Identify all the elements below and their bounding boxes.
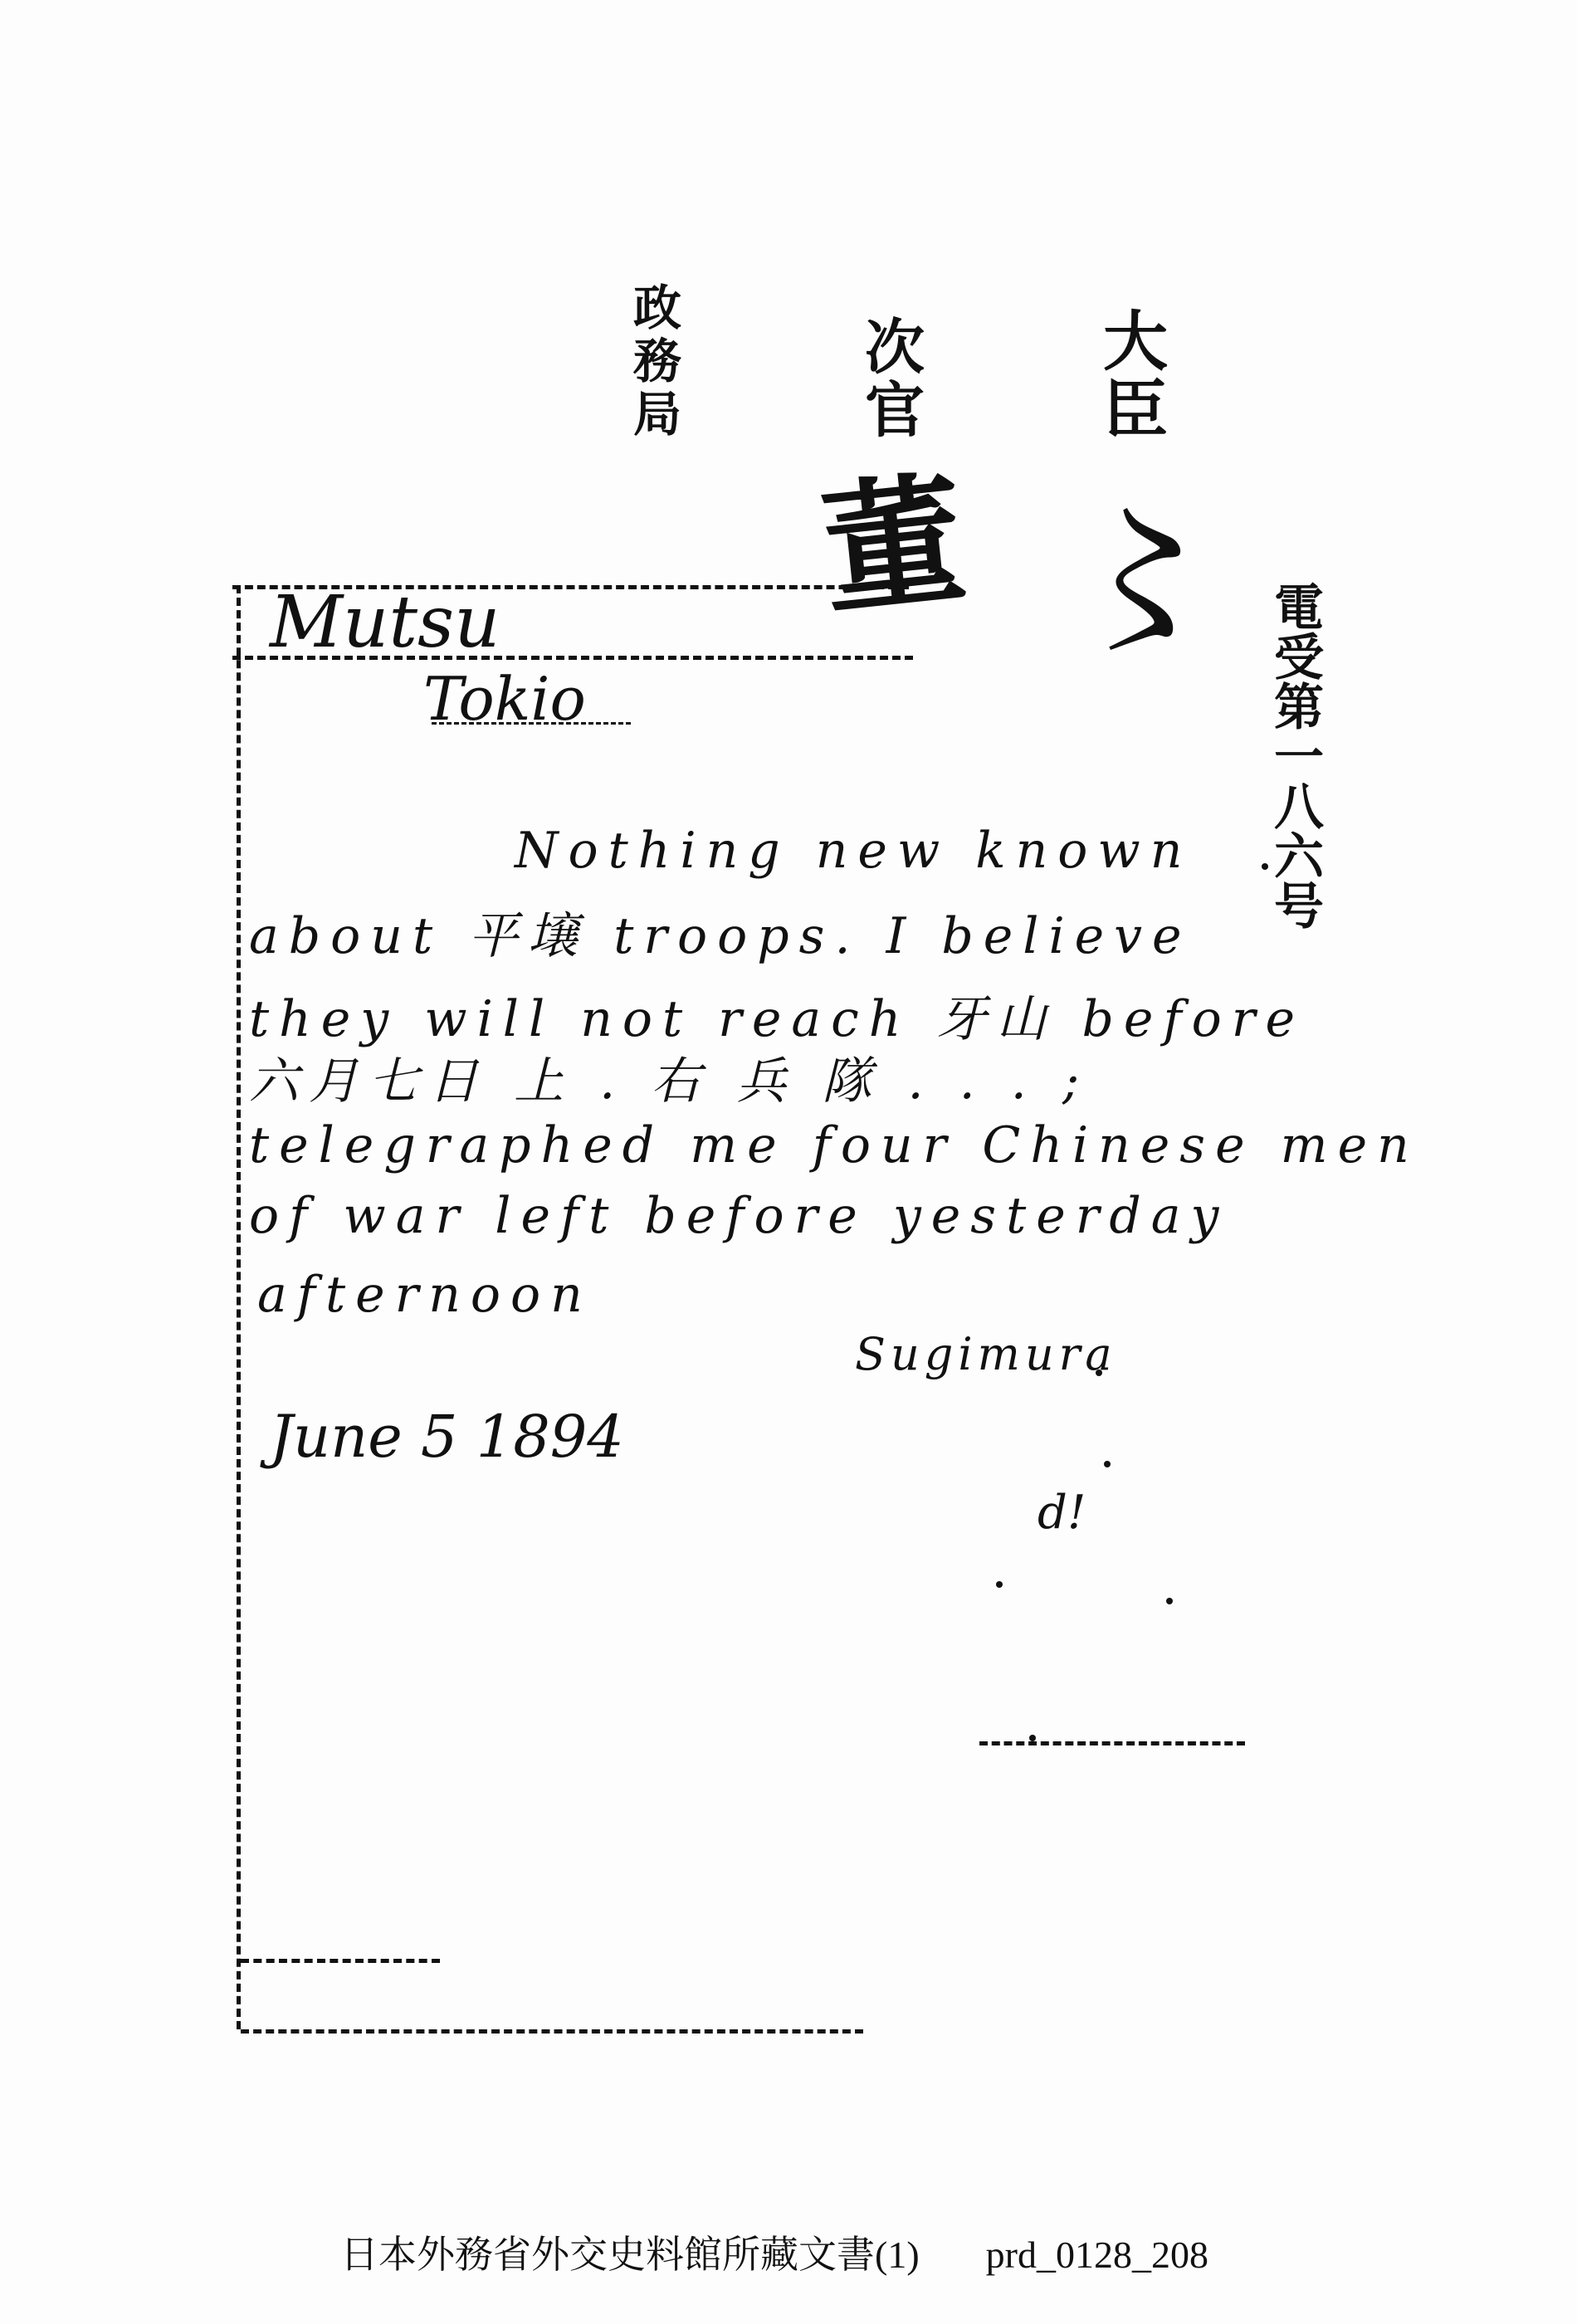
frame-right-mark-line — [979, 1741, 1245, 1745]
body-line: about 平壌 troops. I believe — [249, 896, 1192, 968]
frame-left-line — [237, 585, 241, 2029]
body-line: telegraphed me four Chinese men — [249, 1116, 1419, 1174]
minister-label: 大臣 — [1083, 307, 1176, 443]
vice-minister-label: 次官 — [847, 315, 933, 442]
vice-minister-seal: 董 — [812, 425, 974, 642]
speck — [1166, 1598, 1173, 1604]
frame-lower-line — [241, 1959, 440, 1963]
bureau-stamp: 政務局 — [618, 282, 688, 442]
speck — [1029, 1735, 1036, 1741]
body-line: afternoon — [257, 1266, 593, 1324]
document-reference: prd_0128_208 — [986, 2234, 1208, 2276]
body-line: they will not reach 牙山 before — [249, 979, 1305, 1051]
collection-name: 日本外務省外交史料館所藏文書(1) — [340, 2234, 920, 2276]
speck — [1096, 1369, 1102, 1376]
speck — [1262, 863, 1268, 870]
footer-caption: 日本外務省外交史料館所藏文書(1)prd_0128_208 — [340, 2224, 1208, 2279]
date: June 5 1894 — [270, 1403, 624, 1471]
body-line: 六月七日 上 . 右 兵 隊 . . . ; — [249, 1042, 1089, 1113]
frame-bottom-line — [241, 2029, 863, 2033]
body-line: of war left before yesterday — [249, 1187, 1228, 1245]
minister-signature: 〻 — [1046, 448, 1245, 686]
initial-mark: d! — [1037, 1486, 1086, 1540]
signature: Sugimura — [855, 1328, 1117, 1380]
speck — [1104, 1461, 1111, 1467]
location: Tokio — [423, 664, 586, 734]
telegram-number: 電受第一八六号 — [1266, 581, 1323, 930]
body-line: Nothing new known — [515, 822, 1192, 880]
addressee: Mutsu — [270, 581, 500, 664]
speck — [996, 1581, 1003, 1588]
